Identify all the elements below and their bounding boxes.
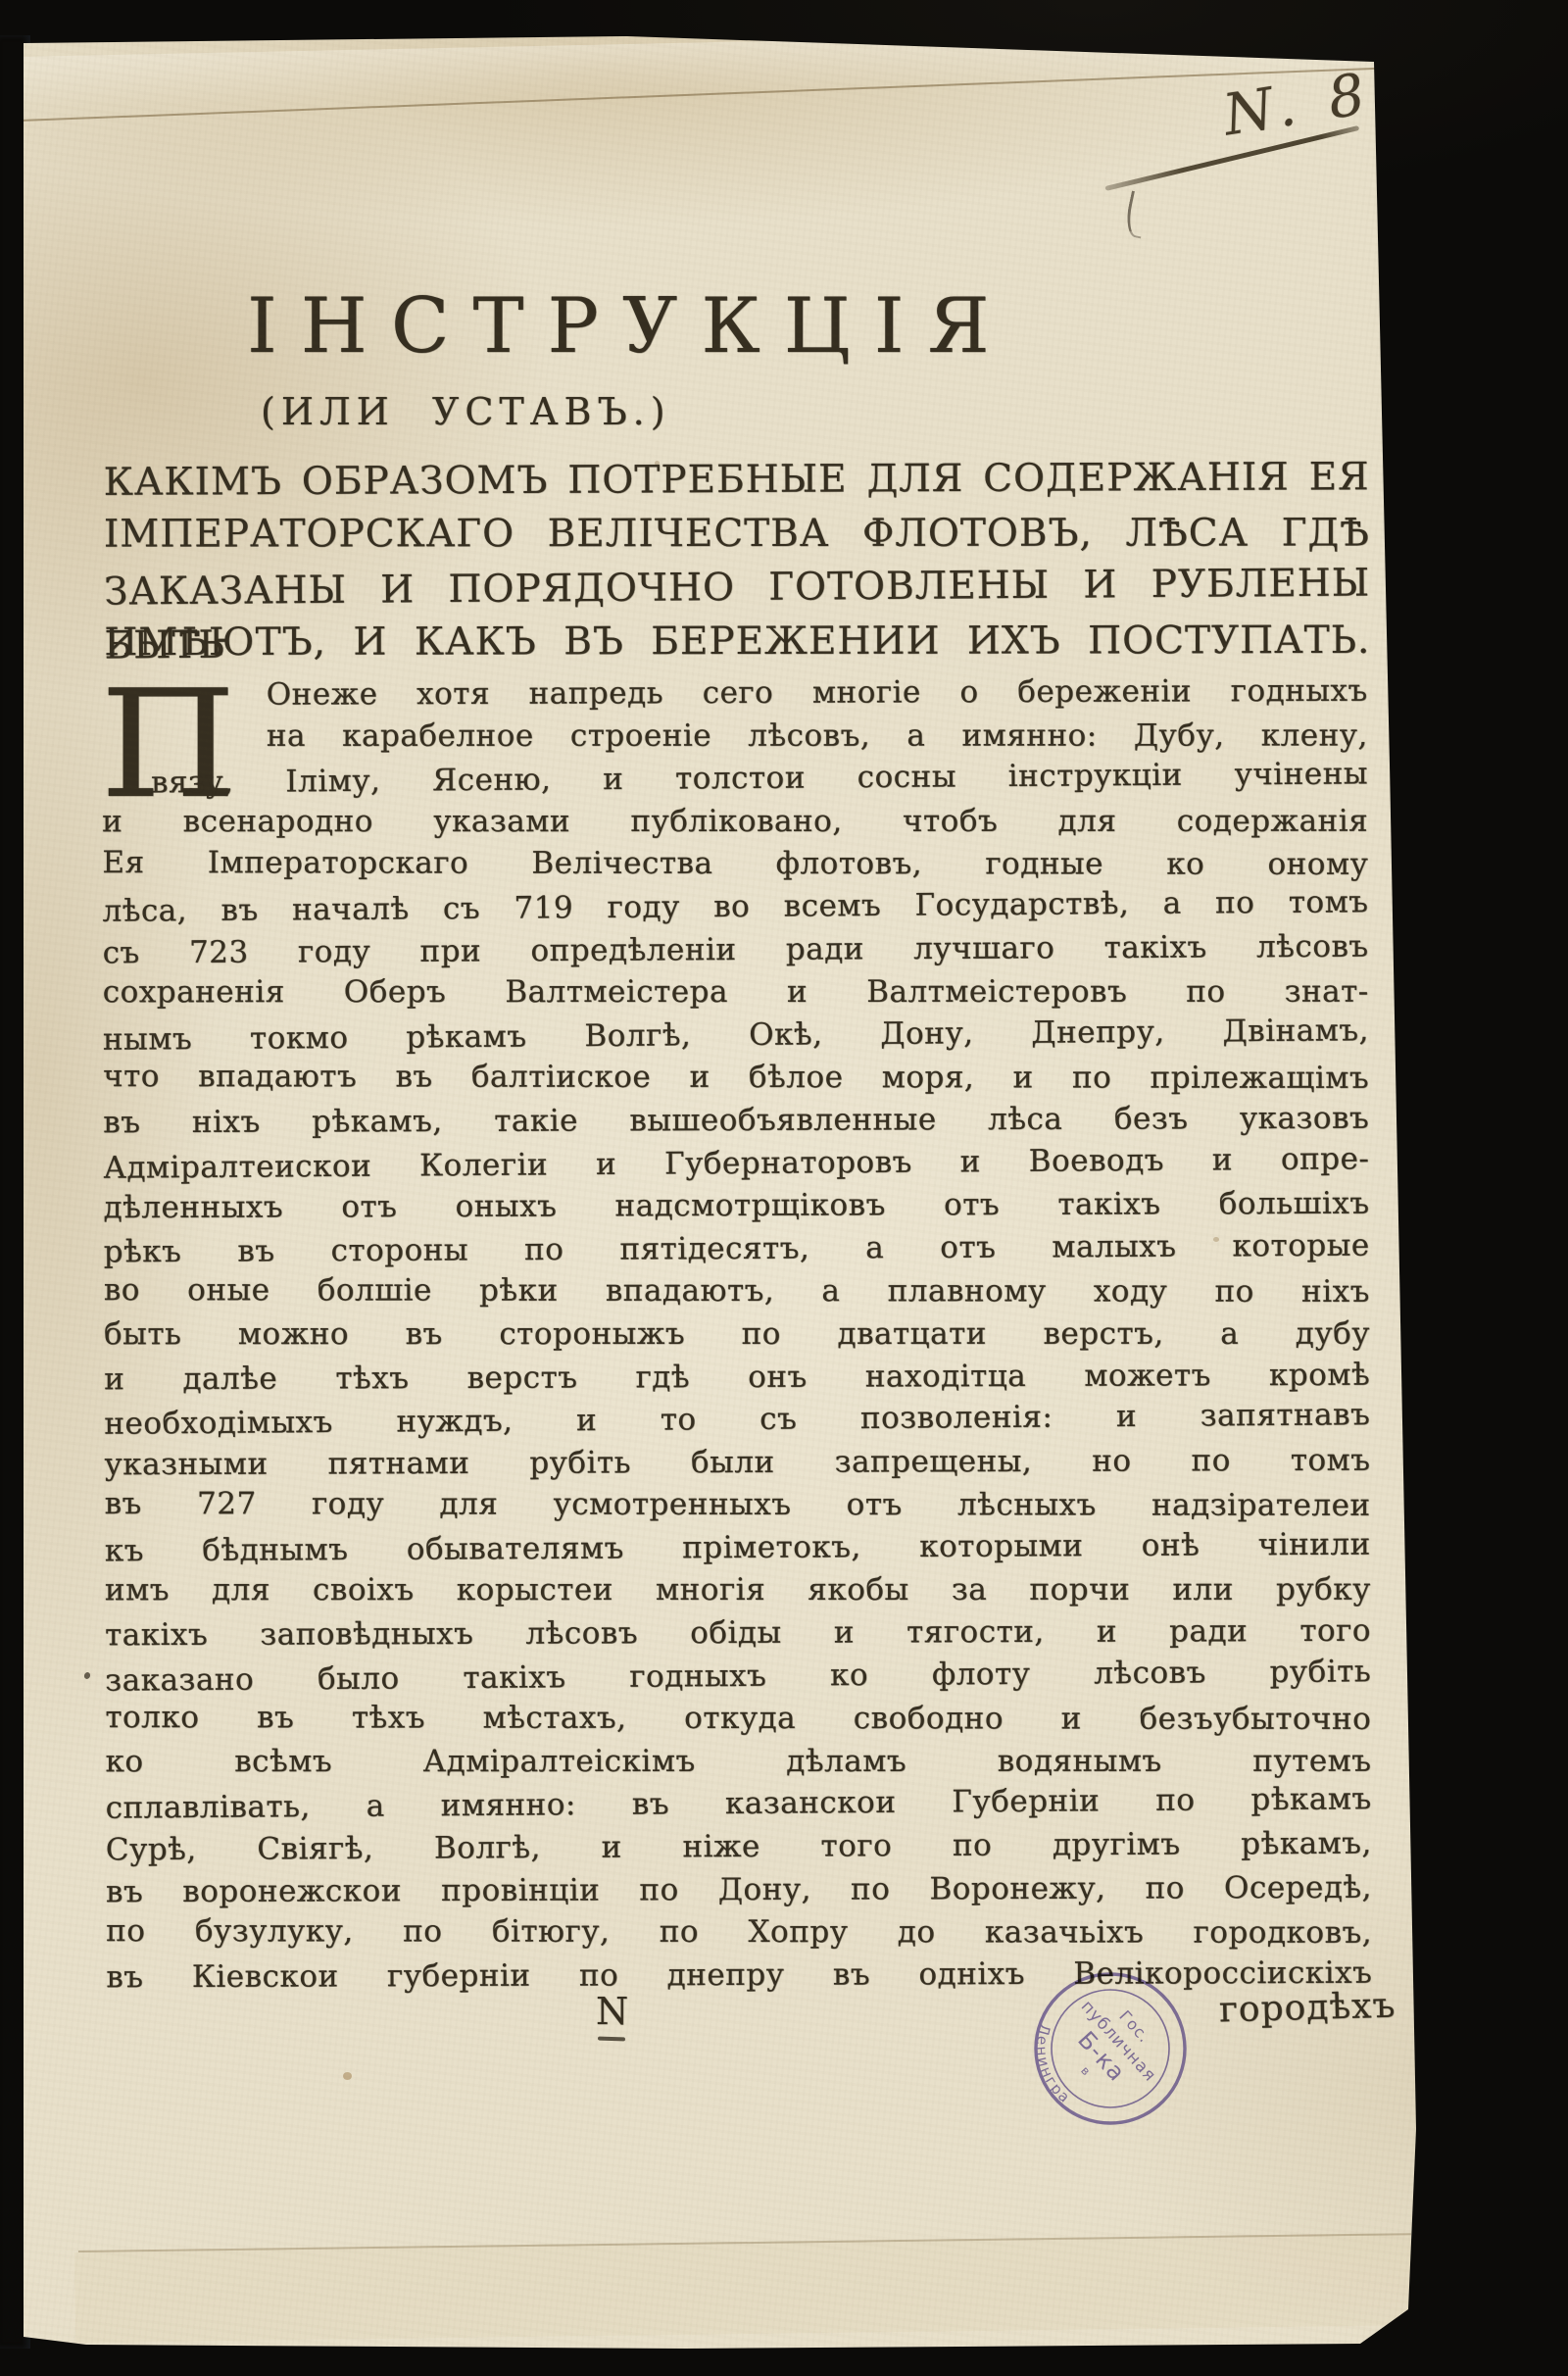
document-page: N. 8 ІНСТРУКЦІЯ (ИЛИ УСТАВЪ.) КАКІМЪ ОБР…: [0, 0, 1568, 2376]
document-title: ІНСТРУКЦІЯ: [247, 282, 1013, 371]
body-line: лѣса, въ началѣ съ 719 году во всемъ Гос…: [102, 881, 1368, 933]
library-stamp: Гос. публичная Б-ка в Ленинграде: [1028, 1966, 1193, 2131]
body-line: Ея Імператорскаго Велічества флотовъ, го…: [102, 842, 1368, 886]
body-line: въ 727 году для усмотренныхъ отъ лѣсныхъ…: [105, 1483, 1371, 1527]
body-line: Онеже хотя напредь сего многіе о бережен…: [267, 670, 1368, 718]
body-line: такіхъ заповѣдныхъ лѣсовъ обіды и тягост…: [105, 1610, 1371, 1658]
body-line: Сурѣ, Свіягѣ, Волгѣ, и ніже того по друг…: [106, 1823, 1372, 1872]
body-line: имъ для своіхъ корыстеи многія якобы за …: [105, 1569, 1371, 1612]
body-line: вязу, Іліму, Ясеню, и толстои сосны інст…: [151, 754, 1368, 806]
heading-line: КАКІМЪ ОБРАЗОМЪ ПОТРЕБНЫЕ ДЛЯ СОДЕРЖАНІЯ…: [104, 450, 1370, 510]
body-line: дѣленныхъ отъ оныхъ надсмотрщіковъ отъ т…: [103, 1183, 1369, 1230]
stamp-text-line4: в: [1078, 2063, 1093, 2078]
body-line: по бузулуку, по бітюгу, по Хопру до каза…: [106, 1910, 1372, 1955]
heading-block: КАКІМЪ ОБРАЗОМЪ ПОТРЕБНЫЕ ДЛЯ СОДЕРЖАНІЯ…: [104, 450, 1371, 671]
body-line: необходімыхъ нуждъ, и то съ позволенія: …: [104, 1394, 1370, 1446]
body-line: и всенародно указами публіковано, чтобъ …: [102, 801, 1368, 844]
heading-line: ЗАКАЗАНЫ И ПОРЯДОЧНО ГОТОВЛЕНЫ И РУБЛЕНЫ…: [104, 556, 1370, 619]
body-line: на карабелное строеніе лѣсовъ, а имянно:…: [267, 715, 1368, 758]
signature-mark: N: [596, 1990, 628, 2033]
top-fold-highlight: [20, 28, 1383, 108]
body-line: къ бѣднымъ обывателямъ пріметокъ, которы…: [105, 1523, 1371, 1572]
body-line: и далѣе тѣхъ верстъ гдѣ онъ находітца мо…: [104, 1354, 1370, 1401]
body-line: быть можно въ стороныжъ по дватцати верс…: [104, 1313, 1370, 1357]
signature-dash: [598, 2037, 625, 2042]
paper-stain: [343, 2072, 352, 2080]
margin-ink-dot: [83, 1671, 91, 1680]
body-line: сохраненія Оберъ Валтмеістера и Валтмеіс…: [103, 971, 1369, 1015]
scan-stage: N. 8 ІНСТРУКЦІЯ (ИЛИ УСТАВЪ.) КАКІМЪ ОБР…: [0, 0, 1568, 2376]
body-line: рѣкъ въ стороны по пятідесятъ, а отъ мал…: [104, 1224, 1370, 1273]
body-line: съ 723 году при опредѣленіи ради лучшаго…: [103, 925, 1369, 974]
body-line: ко всѣмъ Адміралтеіскімъ дѣламъ водянымъ…: [106, 1741, 1372, 1784]
body-line: заказано было такіхъ годныхъ ко флоту лѣ…: [105, 1651, 1371, 1703]
bottom-fold-highlight: [74, 2235, 1412, 2343]
body-line: что впадаютъ въ балтіиское и бѣлое моря,…: [103, 1056, 1369, 1100]
body-line: въ ніхъ рѣкамъ, такіе вышеобъявленные лѣ…: [103, 1098, 1369, 1145]
heading-line: ІМПЕРАТОРСКАГО ВЕЛІЧЕСТВА ФЛОТОВЪ, ЛѢСА …: [104, 506, 1370, 561]
body-line: толко въ тѣхъ мѣстахъ, откуда свободно и…: [105, 1697, 1371, 1741]
body-text-block: Онеже хотя напредь сего многіе о бережен…: [102, 670, 1373, 2000]
heading-line: ИМѢЮТЪ, И КАКЪ ВЪ БЕРЕЖЕНИИ ИХЪ ПОСТУПАТ…: [104, 614, 1370, 669]
body-line: нымъ токмо рѣкамъ Волгѣ, Окѣ, Дону, Днеп…: [103, 1010, 1369, 1062]
handwritten-ink-mark: [1122, 191, 1150, 239]
body-line: въ воронежскои провінціи по Дону, по Вор…: [106, 1866, 1372, 1913]
catchword: городѣхъ: [1218, 1986, 1396, 2031]
body-line: во оные болшіе рѣки впадаютъ, а плавному…: [104, 1269, 1370, 1313]
body-line: Адміралтеискои Колегіи и Губернаторовъ и…: [103, 1138, 1369, 1190]
body-line: указными пятнами рубіть были запрещены, …: [104, 1439, 1370, 1486]
document-subtitle: (ИЛИ УСТАВЪ.): [261, 390, 671, 433]
